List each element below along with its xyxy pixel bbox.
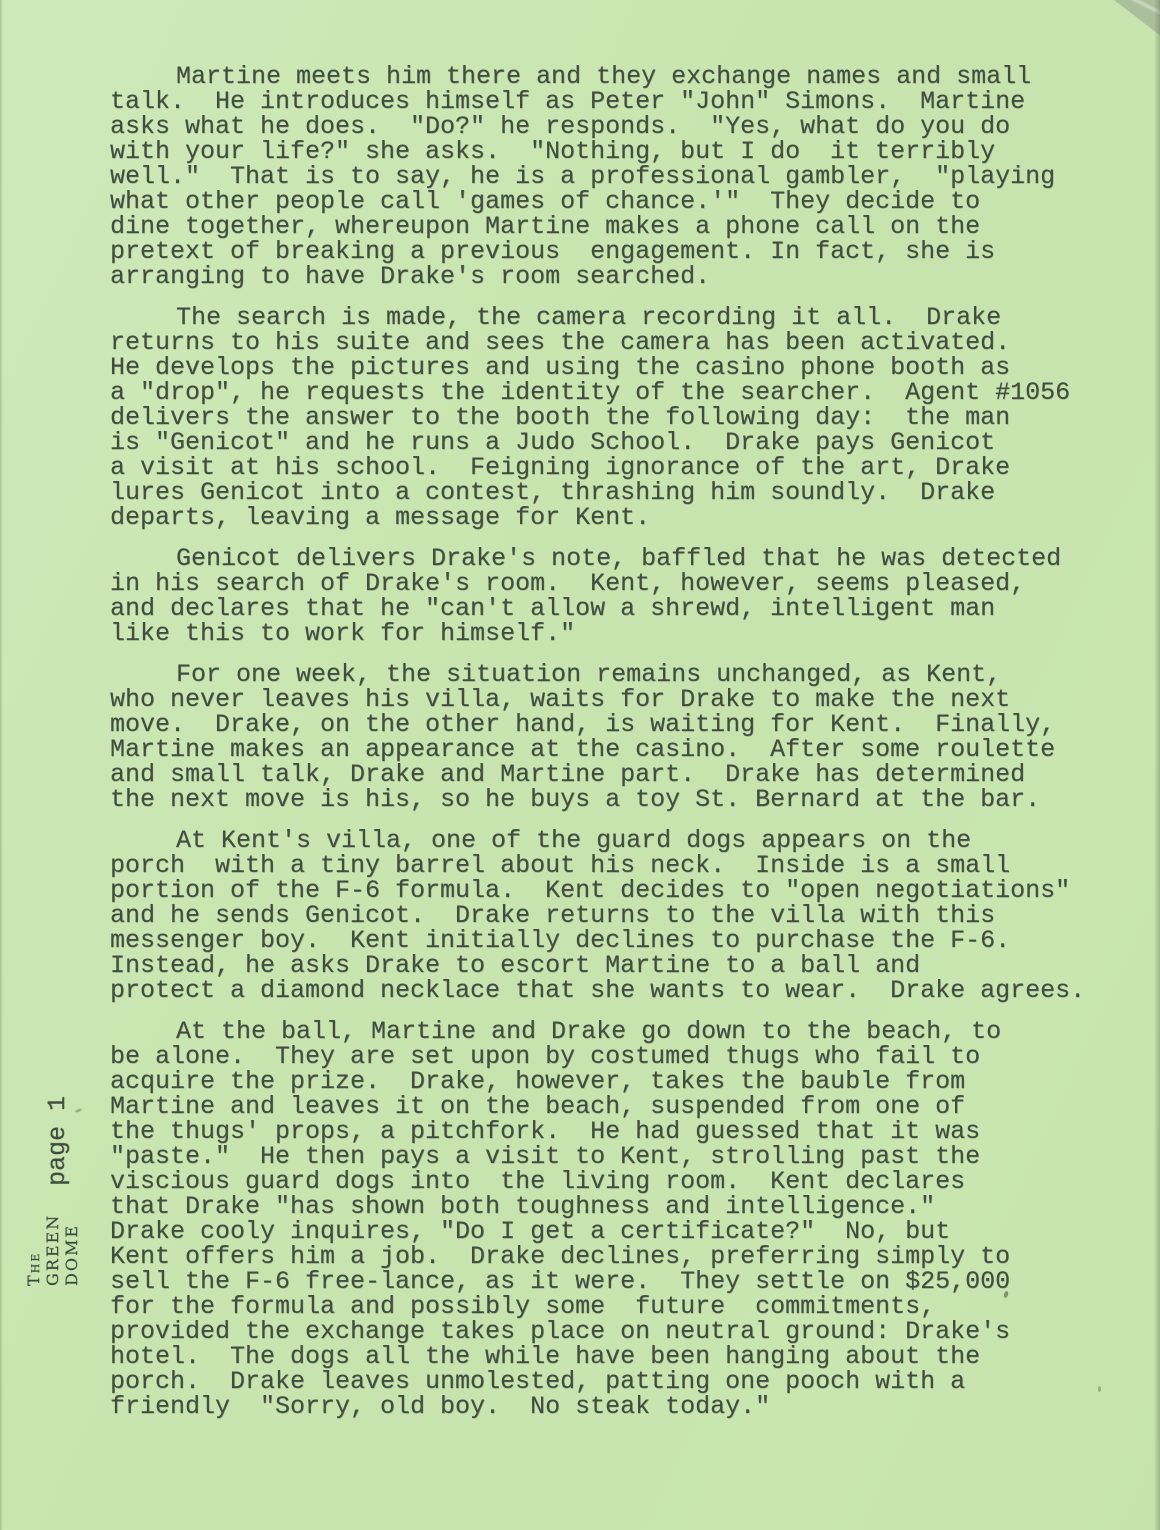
text-line: like this to work for himself." [110, 621, 1085, 646]
text-line: asks what he does. "Do?" he responds. "Y… [110, 114, 1085, 139]
text-line: hotel. The dogs all the while have been … [110, 1344, 1085, 1369]
text-line: porch with a tiny barrel about his neck.… [110, 853, 1085, 878]
text-line: Instead, he asks Drake to escort Martine… [110, 953, 1085, 978]
text-line: arranging to have Drake's room searched. [110, 264, 1085, 289]
left-scan-edge [0, 0, 3, 1530]
text-line: viscious guard dogs into the living room… [110, 1169, 1085, 1194]
text-line: Drake cooly inquires, "Do I get a certif… [110, 1219, 1085, 1244]
text-line: pretext of breaking a previous engagemen… [110, 239, 1085, 264]
synopsis-text: Martine meets him there and they exchang… [110, 64, 1085, 1435]
text-line: At Kent's villa, one of the guard dogs a… [110, 828, 1085, 853]
text-line: lures Genicot into a contest, thrashing … [110, 480, 1085, 505]
paragraph: For one week, the situation remains unch… [110, 662, 1085, 812]
text-line: a "drop", he requests the identity of th… [110, 380, 1085, 405]
paragraph: Genicot delivers Drake's note, baffled t… [110, 546, 1085, 646]
text-line: that Drake "has shown both toughness and… [110, 1194, 1085, 1219]
text-line: The search is made, the camera recording… [110, 305, 1085, 330]
document-title-vertical: The GREEN DOME [24, 1204, 82, 1286]
text-line: protect a diamond necklace that she want… [110, 978, 1085, 1003]
text-line: Martine makes an appearance at the casin… [110, 737, 1085, 762]
text-line: delivers the answer to the booth the fol… [110, 405, 1085, 430]
text-line: dine together, whereupon Martine makes a… [110, 214, 1085, 239]
text-line: For one week, the situation remains unch… [110, 662, 1085, 687]
text-line: with your life?" she asks. "Nothing, but… [110, 139, 1085, 164]
paragraph: At the ball, Martine and Drake go down t… [110, 1019, 1085, 1419]
text-line: well." That is to say, he is a professio… [110, 164, 1085, 189]
text-line: Kent offers him a job. Drake declines, p… [110, 1244, 1085, 1269]
scan-speck [1098, 1386, 1101, 1392]
page-number-label: page 1 [44, 1090, 72, 1186]
title-line: GREEN [43, 1204, 62, 1286]
text-line: talk. He introduces himself as Peter "Jo… [110, 89, 1085, 114]
title-line: The [24, 1204, 43, 1286]
text-line: messenger boy. Kent initially declines t… [110, 928, 1085, 953]
scanned-page: { "page": { "paper_color": "#c9e6b1", "i… [0, 0, 1160, 1530]
text-line: acquire the prize. Drake, however, takes… [110, 1069, 1085, 1094]
text-line: departs, leaving a message for Kent. [110, 505, 1085, 530]
text-line: sell the F-6 free-lance, as it were. The… [110, 1269, 1085, 1294]
text-line: and he sends Genicot. Drake returns to t… [110, 903, 1085, 928]
text-line: He develops the pictures and using the c… [110, 355, 1085, 380]
text-line: "paste." He then pays a visit to Kent, s… [110, 1144, 1085, 1169]
text-line: provided the exchange takes place on neu… [110, 1319, 1085, 1344]
text-line: returns to his suite and sees the camera… [110, 330, 1085, 355]
text-line: portion of the F-6 formula. Kent decides… [110, 878, 1085, 903]
text-line: porch. Drake leaves unmolested, patting … [110, 1369, 1085, 1394]
text-line: what other people call 'games of chance.… [110, 189, 1085, 214]
paragraph: The search is made, the camera recording… [110, 305, 1085, 530]
text-line: Martine and leaves it on the beach, susp… [110, 1094, 1085, 1119]
text-line: move. Drake, on the other hand, is waiti… [110, 712, 1085, 737]
paragraph: At Kent's villa, one of the guard dogs a… [110, 828, 1085, 1003]
title-line: DOME [62, 1204, 81, 1286]
text-line: is "Genicot" and he runs a Judo School. … [110, 430, 1085, 455]
text-line: the thugs' props, a pitchfork. He had gu… [110, 1119, 1085, 1144]
text-line: Martine meets him there and they exchang… [110, 64, 1085, 89]
paragraph: Martine meets him there and they exchang… [110, 64, 1085, 289]
text-line: in his search of Drake's room. Kent, how… [110, 571, 1085, 596]
text-line: and declares that he "can't allow a shre… [110, 596, 1085, 621]
text-line: for the formula and possibly some future… [110, 1294, 1085, 1319]
text-line: the next move is his, so he buys a toy S… [110, 787, 1085, 812]
text-line: be alone. They are set upon by costumed … [110, 1044, 1085, 1069]
text-line: who never leaves his villa, waits for Dr… [110, 687, 1085, 712]
text-line: a visit at his school. Feigning ignoranc… [110, 455, 1085, 480]
right-scan-edge [1154, 0, 1160, 1530]
text-line: At the ball, Martine and Drake go down t… [110, 1019, 1085, 1044]
text-line: and small talk, Drake and Martine part. … [110, 762, 1085, 787]
text-line: Genicot delivers Drake's note, baffled t… [110, 546, 1085, 571]
text-line: friendly "Sorry, old boy. No steak today… [110, 1394, 1085, 1419]
